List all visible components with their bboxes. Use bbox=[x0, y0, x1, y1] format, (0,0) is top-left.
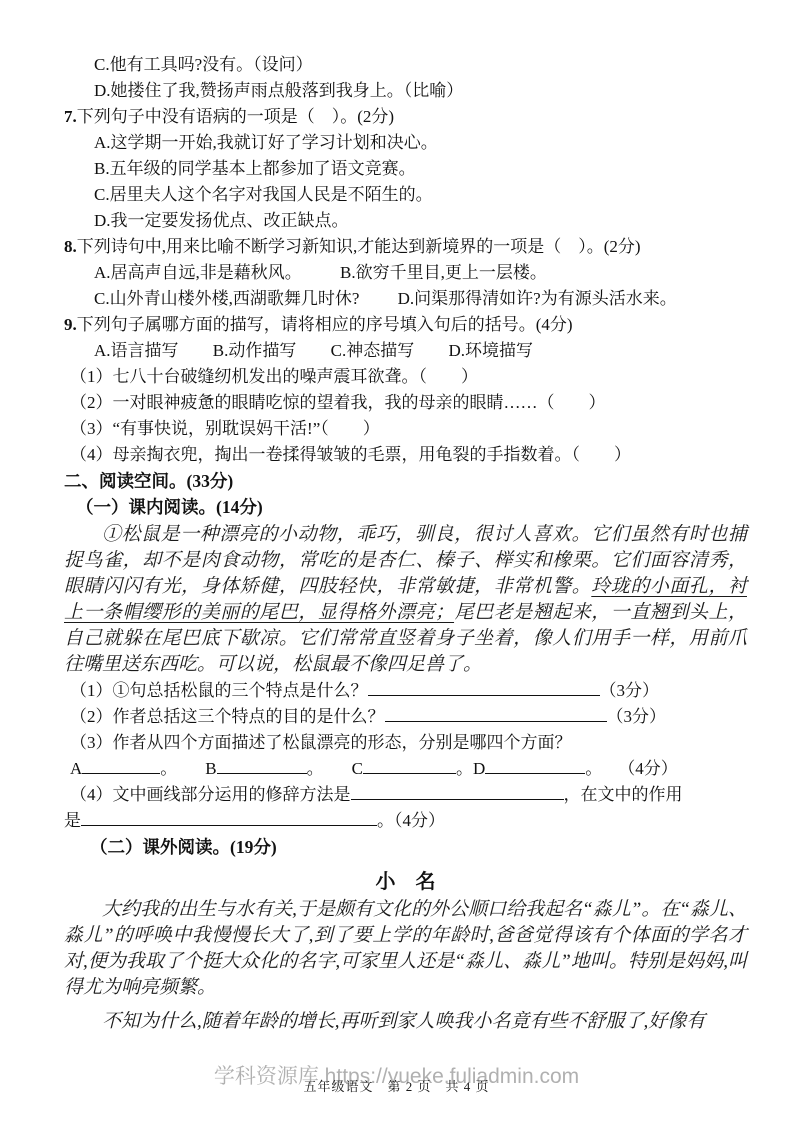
answer-blank bbox=[81, 810, 377, 826]
answer-blank bbox=[385, 706, 607, 722]
option-text: 居里夫人这个名字对我国人民是不陌生的。 bbox=[110, 185, 433, 204]
reading-passage-xiaoming-para2: 不知为什么,随着年龄的增长,再听到家人唤我小名竟有些不舒服了,好像有 bbox=[64, 1009, 747, 1035]
question-text: 下列诗句中,用来比喻不断学习新知识,才能达到新境界的一项是（ ）。(2分) bbox=[77, 237, 641, 256]
q9-item-2: （2）一对眼神疲惫的眼睛吃惊的望着我，我的母亲的眼睛……（ ） bbox=[64, 390, 747, 416]
question-8-stem: 8.下列诗句中,用来比喻不断学习新知识,才能达到新境界的一项是（ ）。(2分) bbox=[64, 234, 747, 260]
question-text: ，在文中的作用 bbox=[564, 785, 683, 804]
answer-blank bbox=[485, 758, 585, 774]
answer-blank bbox=[363, 758, 456, 774]
blank-label-a: A bbox=[70, 759, 82, 778]
option-text: 她搂住了我,赞扬声雨点般落到我身上。（比喻） bbox=[111, 81, 464, 100]
option-label: B. bbox=[94, 159, 110, 178]
exam-paper-page: C.他有工具吗?没有。（设问） D.她搂住了我,赞扬声雨点般落到我身上。（比喻）… bbox=[0, 0, 793, 1122]
option-text: 居高声自远,非是藉秋风。 bbox=[111, 263, 302, 282]
reading-passage-xiaoming-para1: 大约我的出生与水有关,于是颇有文化的外公顺口给我起名“淼儿”。在“淼儿、淼儿”的… bbox=[64, 897, 747, 1001]
option-text: 语言描写 bbox=[111, 341, 179, 360]
q8-options-row-1: A.居高声自远,非是藉秋风。 B.欲穷千里目,更上一层楼。 bbox=[64, 260, 747, 286]
option-label: C. bbox=[94, 55, 110, 74]
period: 。 bbox=[160, 759, 177, 778]
score-label: （3分） bbox=[607, 707, 667, 726]
part1-question-3-blanks: A。B。C。D。（4分） bbox=[64, 756, 747, 782]
answer-blank bbox=[351, 784, 564, 800]
blank-label-d: D bbox=[473, 759, 485, 778]
part1-question-3: （3）作者从四个方面描述了松鼠漂亮的形态，分别是哪四个方面？ bbox=[64, 730, 747, 756]
option-label: A. bbox=[94, 341, 111, 360]
part-1-heading: （一）课内阅读。(14分) bbox=[64, 494, 747, 520]
option-label: B. bbox=[340, 263, 356, 282]
exam-content: C.他有工具吗?没有。（设问） D.她搂住了我,赞扬声雨点般落到我身上。（比喻）… bbox=[0, 0, 793, 1035]
q8-option-c: C.山外青山楼外楼,西湖歌舞几时休? bbox=[94, 289, 359, 308]
section-2-heading: 二、阅读空间。(33分) bbox=[64, 468, 747, 494]
question-text: （1）①句总括松鼠的三个特点是什么？ bbox=[70, 681, 368, 700]
option-label: D. bbox=[398, 289, 415, 308]
q8-options-row-2: C.山外青山楼外楼,西湖歌舞几时休? D.问渠那得清如许?为有源头活水来。 bbox=[64, 286, 747, 312]
q8-option-d: D.问渠那得清如许?为有源头活水来。 bbox=[398, 289, 677, 308]
option-label: C. bbox=[94, 289, 110, 308]
blank-label-c: C bbox=[352, 759, 363, 778]
q9-option-b: B.动作描写 bbox=[213, 341, 297, 360]
option-text: 欲穷千里目,更上一层楼。 bbox=[356, 263, 547, 282]
page-number-label: 五年级语文 第 2 页 共 4 页 bbox=[0, 1076, 793, 1095]
q9-option-d: D.环境描写 bbox=[448, 341, 533, 360]
question-text: 下列句子属哪方面的描写，请将相应的序号填入句后的括号。(4分) bbox=[77, 315, 573, 334]
option-text: 问渠那得清如许?为有源头活水来。 bbox=[414, 289, 677, 308]
q7-option-b: B.五年级的同学基本上都参加了语文竞赛。 bbox=[64, 156, 747, 182]
period: 。 bbox=[307, 759, 324, 778]
option-text: 环境描写 bbox=[465, 341, 533, 360]
blank-label-b: B bbox=[205, 759, 216, 778]
passage-title-xiaoming: 小 名 bbox=[64, 865, 747, 894]
option-text: 我一定要发扬优点、改正缺点。 bbox=[111, 211, 349, 230]
q9-item-1: （1）七八十台破缝纫机发出的噪声震耳欲聋。（ ） bbox=[64, 364, 747, 390]
q8-option-b: B.欲穷千里目,更上一层楼。 bbox=[340, 263, 547, 282]
q9-options-row: A.语言描写 B.动作描写 C.神态描写 D.环境描写 bbox=[64, 338, 747, 364]
answer-blank bbox=[368, 680, 600, 696]
option-label: C. bbox=[331, 341, 347, 360]
part1-question-1: （1）①句总括松鼠的三个特点是什么？（3分） bbox=[64, 678, 747, 704]
option-text: 动作描写 bbox=[228, 341, 296, 360]
score-label: （3分） bbox=[600, 681, 660, 700]
option-text: 五年级的同学基本上都参加了语文竞赛。 bbox=[110, 159, 416, 178]
q9-option-c: C.神态描写 bbox=[331, 341, 415, 360]
q8-option-a: A.居高声自远,非是藉秋风。 bbox=[94, 263, 302, 282]
option-label: D. bbox=[448, 341, 465, 360]
option-label: A. bbox=[94, 263, 111, 282]
option-text: 这学期一开始,我就订好了学习计划和决心。 bbox=[111, 133, 438, 152]
q6-option-c: C.他有工具吗?没有。（设问） bbox=[64, 52, 747, 78]
q9-option-a: A.语言描写 bbox=[94, 341, 179, 360]
period: 。 bbox=[456, 759, 473, 778]
question-text: （4）文中画线部分运用的修辞方法是 bbox=[70, 785, 351, 804]
question-text: 下列句子中没有语病的一项是（ ）。(2分) bbox=[77, 107, 394, 126]
q9-item-4: （4）母亲掏衣兜，掏出一卷揉得皱皱的毛票，用龟裂的手指数着。（ ） bbox=[64, 442, 747, 468]
option-text: 山外青山楼外楼,西湖歌舞几时休? bbox=[110, 289, 360, 308]
part-2-heading: （二）课外阅读。(19分) bbox=[64, 834, 747, 860]
part1-question-2: （2）作者总括这三个特点的目的是什么？（3分） bbox=[64, 704, 747, 730]
option-label: D. bbox=[94, 81, 111, 100]
option-label: C. bbox=[94, 185, 110, 204]
question-text: 是 bbox=[64, 811, 81, 830]
option-label: D. bbox=[94, 211, 111, 230]
option-text: 他有工具吗?没有。（设问） bbox=[110, 55, 313, 74]
answer-blank bbox=[217, 758, 307, 774]
q7-option-a: A.这学期一开始,我就订好了学习计划和决心。 bbox=[64, 130, 747, 156]
question-number: 8. bbox=[64, 237, 77, 256]
option-label: B. bbox=[213, 341, 229, 360]
part1-question-4-line2: 是。（4分） bbox=[64, 808, 747, 834]
option-text: 神态描写 bbox=[346, 341, 414, 360]
question-7-stem: 7.下列句子中没有语病的一项是（ ）。(2分) bbox=[64, 104, 747, 130]
q7-option-c: C.居里夫人这个名字对我国人民是不陌生的。 bbox=[64, 182, 747, 208]
question-9-stem: 9.下列句子属哪方面的描写，请将相应的序号填入句后的括号。(4分) bbox=[64, 312, 747, 338]
score-label: （4分） bbox=[618, 759, 678, 778]
q7-option-d: D.我一定要发扬优点、改正缺点。 bbox=[64, 208, 747, 234]
period: 。 bbox=[585, 759, 602, 778]
question-number: 9. bbox=[64, 315, 77, 334]
reading-passage-squirrel: ①松鼠是一种漂亮的小动物，乖巧，驯良，很讨人喜欢。它们虽然有时也捕捉鸟雀，却不是… bbox=[64, 522, 747, 678]
score-label: 。（4分） bbox=[377, 811, 445, 830]
question-number: 7. bbox=[64, 107, 77, 126]
question-text: （2）作者总括这三个特点的目的是什么？ bbox=[70, 707, 385, 726]
answer-blank bbox=[82, 758, 160, 774]
q6-option-d: D.她搂住了我,赞扬声雨点般落到我身上。（比喻） bbox=[64, 78, 747, 104]
part1-question-4-line1: （4）文中画线部分运用的修辞方法是，在文中的作用 bbox=[64, 782, 747, 808]
q9-item-3: （3）“有事快说，别耽误妈干活!”（ ） bbox=[64, 416, 747, 442]
option-label: A. bbox=[94, 133, 111, 152]
